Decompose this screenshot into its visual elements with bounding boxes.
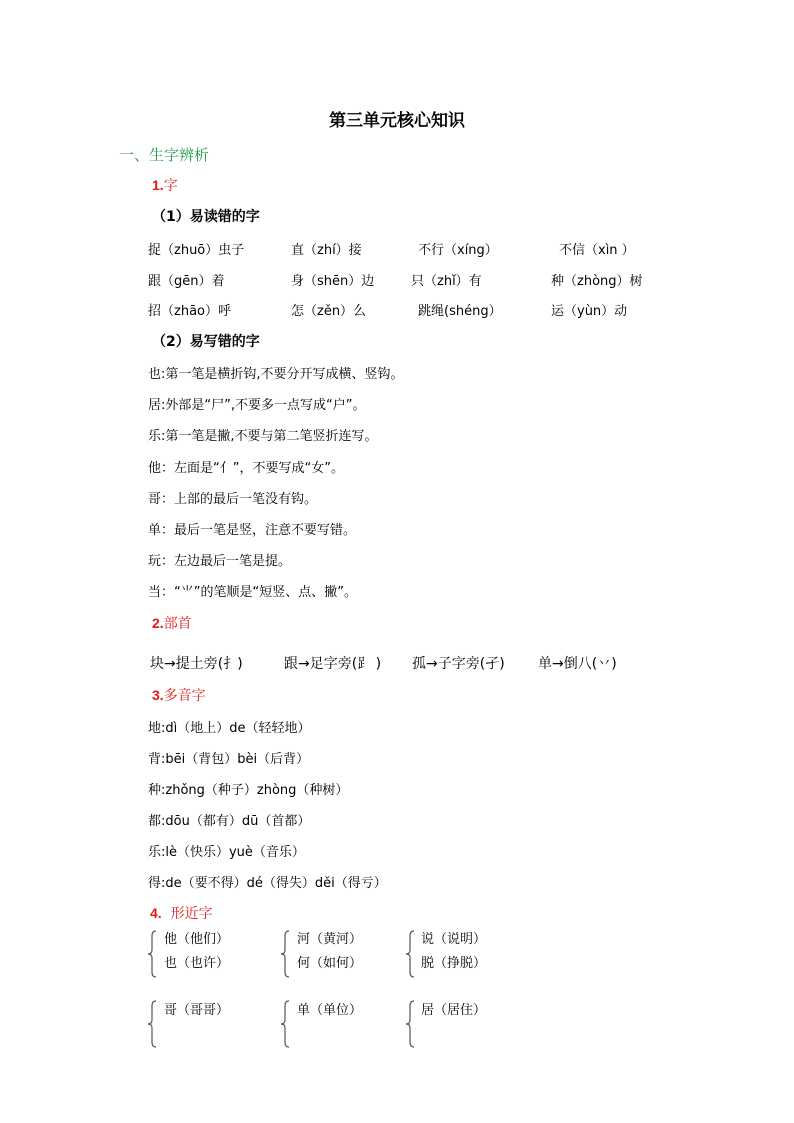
similar-chars-pair: 河（黄河） 何（如何）: [297, 928, 362, 976]
similar-char-item: 也（也许）: [164, 952, 229, 976]
table-cell: 直（zhí）接: [291, 239, 362, 258]
list-item: 玩：左边最后一笔是提。: [148, 550, 291, 569]
subheading-number: 2.: [152, 615, 164, 631]
table-cell: 运（yùn）动: [551, 300, 627, 319]
section-heading-characters: 一、生字辨析: [119, 144, 209, 165]
list-item: 居:外部是“尸”,不要多一点写成“户”。: [148, 394, 365, 413]
similar-chars-pair: 说（说明） 脱（挣脱）: [421, 928, 486, 976]
brace-icon: [147, 1000, 157, 1048]
similar-char-item: 河（黄河）: [297, 928, 362, 952]
subheading-text: 形近字: [171, 906, 213, 922]
table-cell: 只（zhǐ）有: [411, 270, 482, 289]
brace-icon: [280, 1000, 290, 1048]
subheading-radicals: 2.部首: [152, 613, 192, 633]
similar-char-item: 他（他们）: [164, 928, 229, 952]
similar-chars-pair: 哥（哥哥）: [164, 999, 229, 1023]
radical-item: 孤→子字旁(孑): [412, 653, 505, 673]
subheading-number: 4.: [150, 905, 162, 921]
list-item: 单：最后一笔是竖，注意不要写错。: [148, 519, 356, 538]
list-item: 背:bēi（背包）bèi（后背）: [148, 748, 309, 767]
subheading-number: 1.: [152, 177, 164, 193]
list-item: 得:de（要不得）dé（得失）děi（得亏）: [148, 872, 387, 891]
similar-char-item: 脱（挣脱）: [421, 952, 486, 976]
table-cell: 身（shēn）边: [291, 270, 374, 289]
list-item: 当：“⺌”的笔顺是“短竖、点、撇”。: [148, 581, 357, 600]
list-item: 哥：上部的最后一笔没有钩。: [148, 488, 317, 507]
brace-icon: [147, 930, 157, 978]
list-item: 乐:第一笔是撇,不要与第二笔竖折连写。: [148, 425, 378, 444]
list-item: 地:dì（地上）de（轻轻地）: [148, 717, 311, 736]
brace-icon: [405, 930, 415, 978]
radical-item: 跟→足字旁(⻊ ): [284, 653, 381, 673]
part-heading-miswritten: （2）易写错的字: [152, 331, 260, 351]
subheading-polyphones: 3.多音字: [152, 685, 206, 705]
table-cell: 不信（xìn ）: [559, 239, 635, 258]
table-cell: 招（zhāo）呼: [148, 300, 231, 319]
subheading-text: 多音字: [164, 688, 206, 704]
brace-icon: [280, 930, 290, 978]
table-cell: 跳绳(shéng）: [418, 300, 502, 319]
table-cell: 捉（zhuō）虫子: [148, 239, 244, 258]
list-item: 都:dōu（都有）dū（首都）: [148, 810, 310, 829]
similar-char-item: 哥（哥哥）: [164, 999, 229, 1023]
brace-icon: [405, 1000, 415, 1048]
similar-chars-pair: 他（他们） 也（也许）: [164, 928, 229, 976]
similar-char-item: 单（单位）: [297, 999, 362, 1023]
table-cell: 怎（zěn）么: [291, 300, 366, 319]
similar-chars-pair: 居（居住）: [421, 999, 486, 1023]
similar-char-item: 居（居住）: [421, 999, 486, 1023]
similar-char-item: 说（说明）: [421, 928, 486, 952]
subheading-characters: 1.字: [152, 175, 178, 195]
list-item: 乐:lè（快乐）yuè（音乐）: [148, 841, 305, 860]
radical-item: 单→倒八(丷): [538, 653, 617, 673]
table-cell: 种（zhòng）树: [551, 270, 643, 289]
subheading-similar-chars: 4. 形近字: [150, 903, 213, 923]
table-cell: 跟（gēn）着: [148, 270, 225, 289]
radical-item: 块→提土旁(扌): [150, 653, 243, 673]
table-cell: 不行（xíng）: [418, 239, 498, 258]
subheading-number: 3.: [152, 687, 164, 703]
list-item: 他：左面是“亻”，不要写成“女”。: [148, 457, 344, 476]
similar-chars-pair: 单（单位）: [297, 999, 362, 1023]
subheading-text: 字: [164, 178, 178, 194]
page-title: 第三单元核心知识: [0, 106, 794, 131]
list-item: 也:第一笔是横折钩,不要分开写成横、竖钩。: [148, 363, 404, 382]
list-item: 种:zhǒng（种子）zhòng（种树）: [148, 779, 348, 798]
subheading-text: 部首: [164, 616, 192, 632]
similar-char-item: 何（如何）: [297, 952, 362, 976]
part-heading-misread: （1）易读错的字: [152, 206, 260, 226]
